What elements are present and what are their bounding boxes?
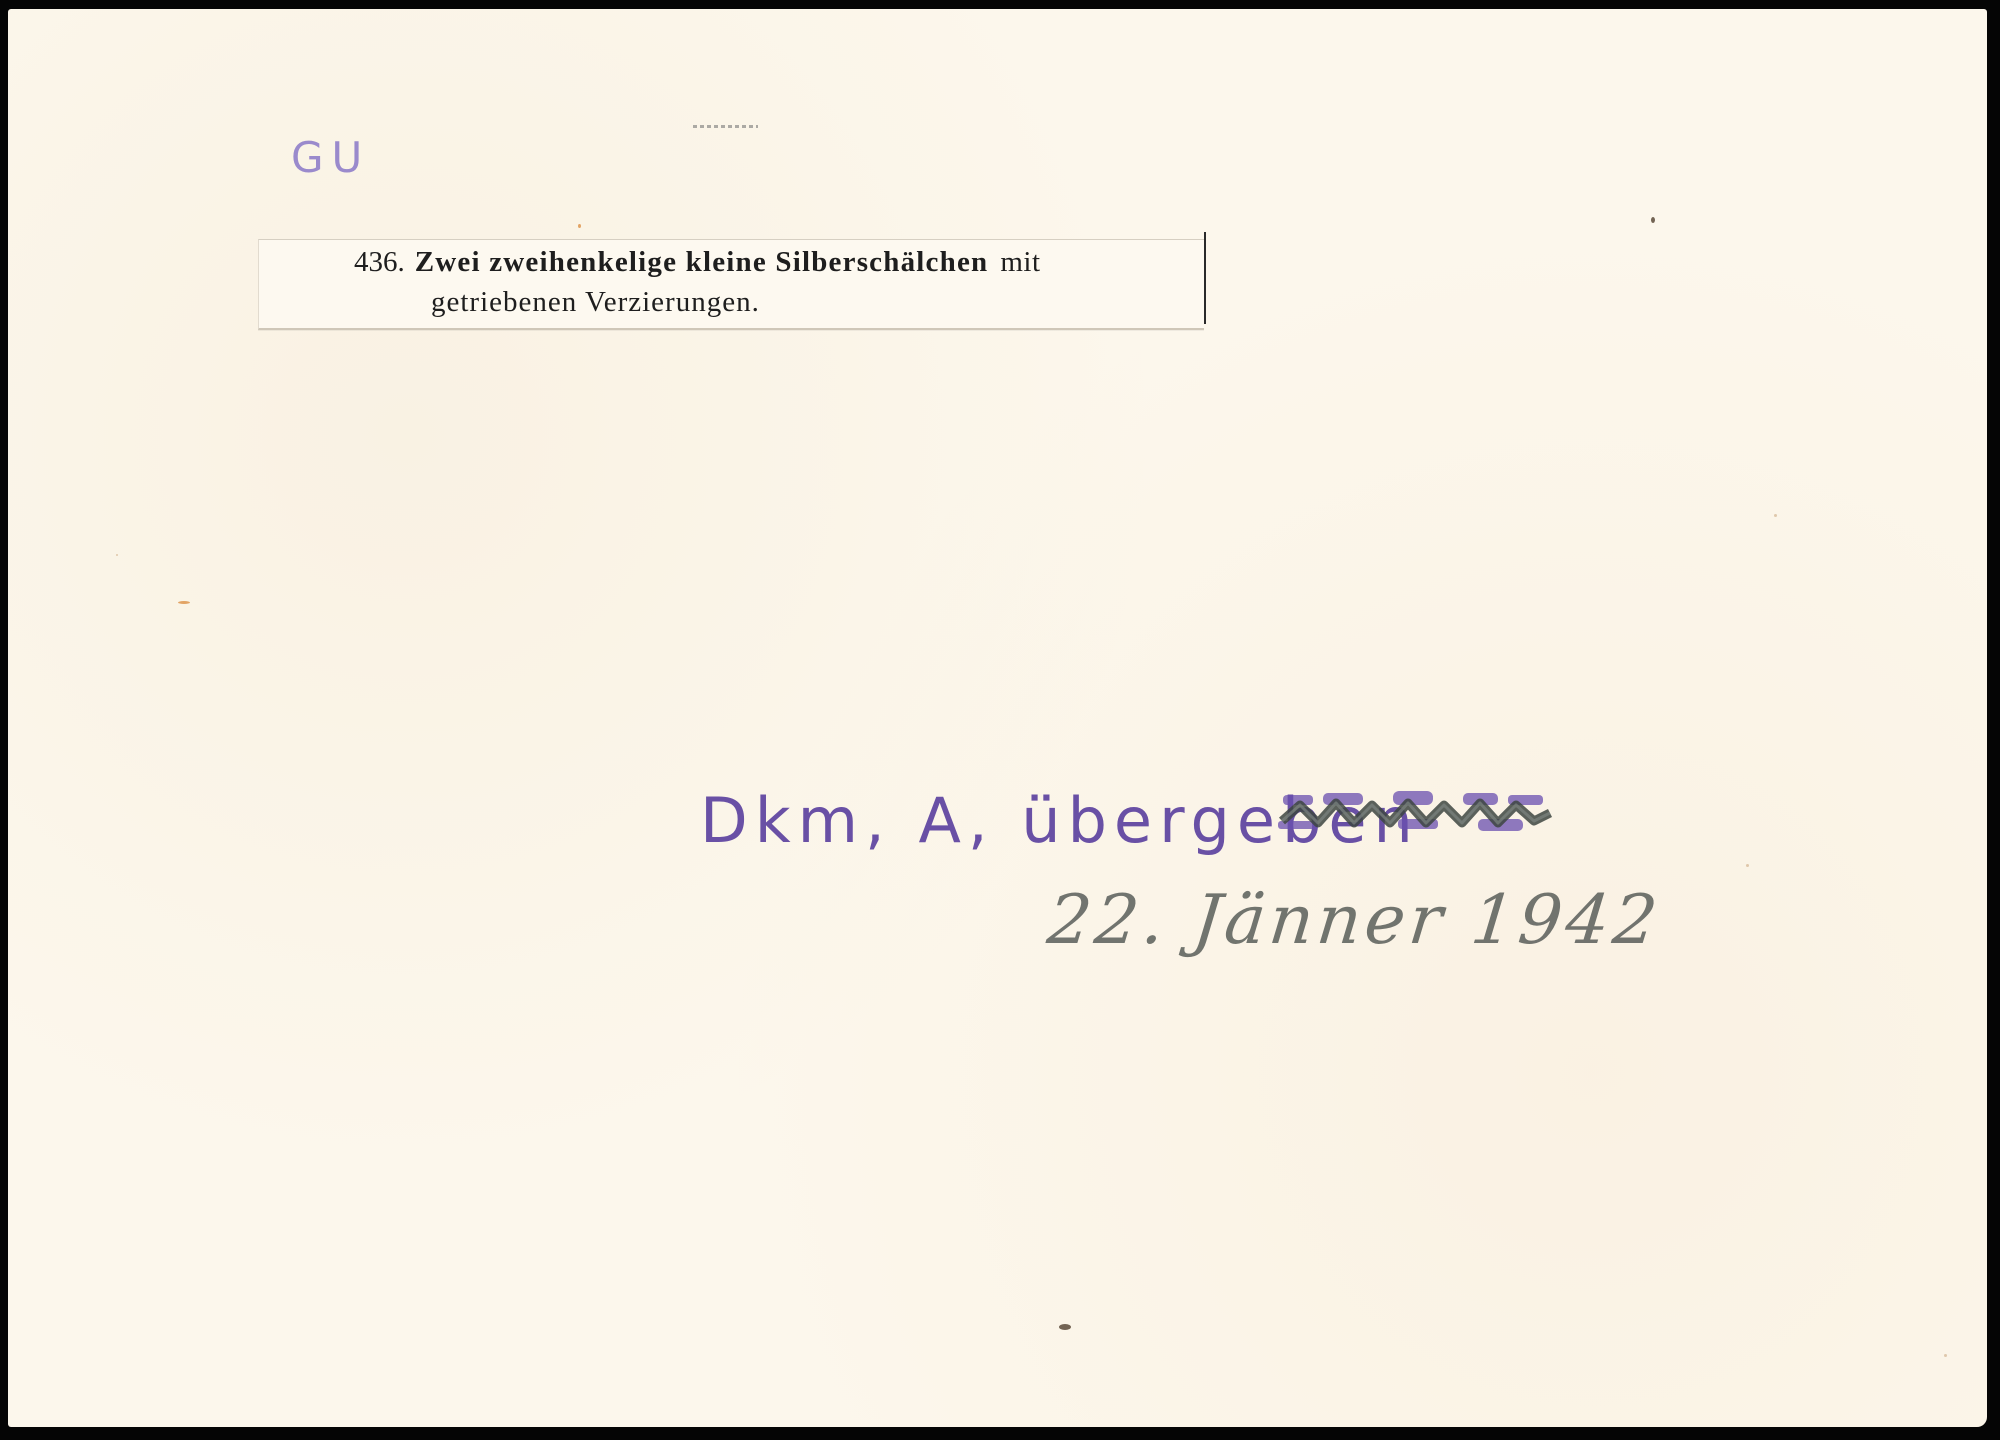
ink-speck	[578, 224, 581, 228]
label-line-2: getriebenen Verzierungen.	[431, 286, 760, 319]
label-edge-rule	[1204, 232, 1206, 324]
redaction-scribble	[1278, 791, 1553, 835]
document-card: GU 436.Zwei zweihenkelige kleine Silbers…	[8, 9, 1987, 1427]
ink-speck	[1746, 864, 1749, 867]
lot-number: 436.	[354, 246, 405, 278]
item-title-tail: mit	[1000, 246, 1040, 278]
handwritten-date: 22. Jänner 1942	[1044, 881, 1665, 960]
initials-stamp: GU	[291, 133, 370, 182]
ink-speck	[178, 601, 190, 604]
ink-speck	[1651, 217, 1655, 223]
item-title: Zwei zweihenkelige kleine Silberschälche…	[415, 246, 989, 278]
printed-mark	[693, 125, 758, 128]
scan-frame: GU 436.Zwei zweihenkelige kleine Silbers…	[0, 0, 2000, 1440]
ink-speck	[1774, 514, 1777, 517]
ink-speck	[116, 554, 118, 556]
label-line-1: 436.Zwei zweihenkelige kleine Silberschä…	[354, 246, 1041, 279]
ink-speck	[1944, 1354, 1947, 1357]
ink-speck	[1059, 1324, 1071, 1330]
catalog-label: 436.Zwei zweihenkelige kleine Silberschä…	[258, 239, 1204, 330]
item-description: getriebenen Verzierungen.	[431, 286, 760, 318]
